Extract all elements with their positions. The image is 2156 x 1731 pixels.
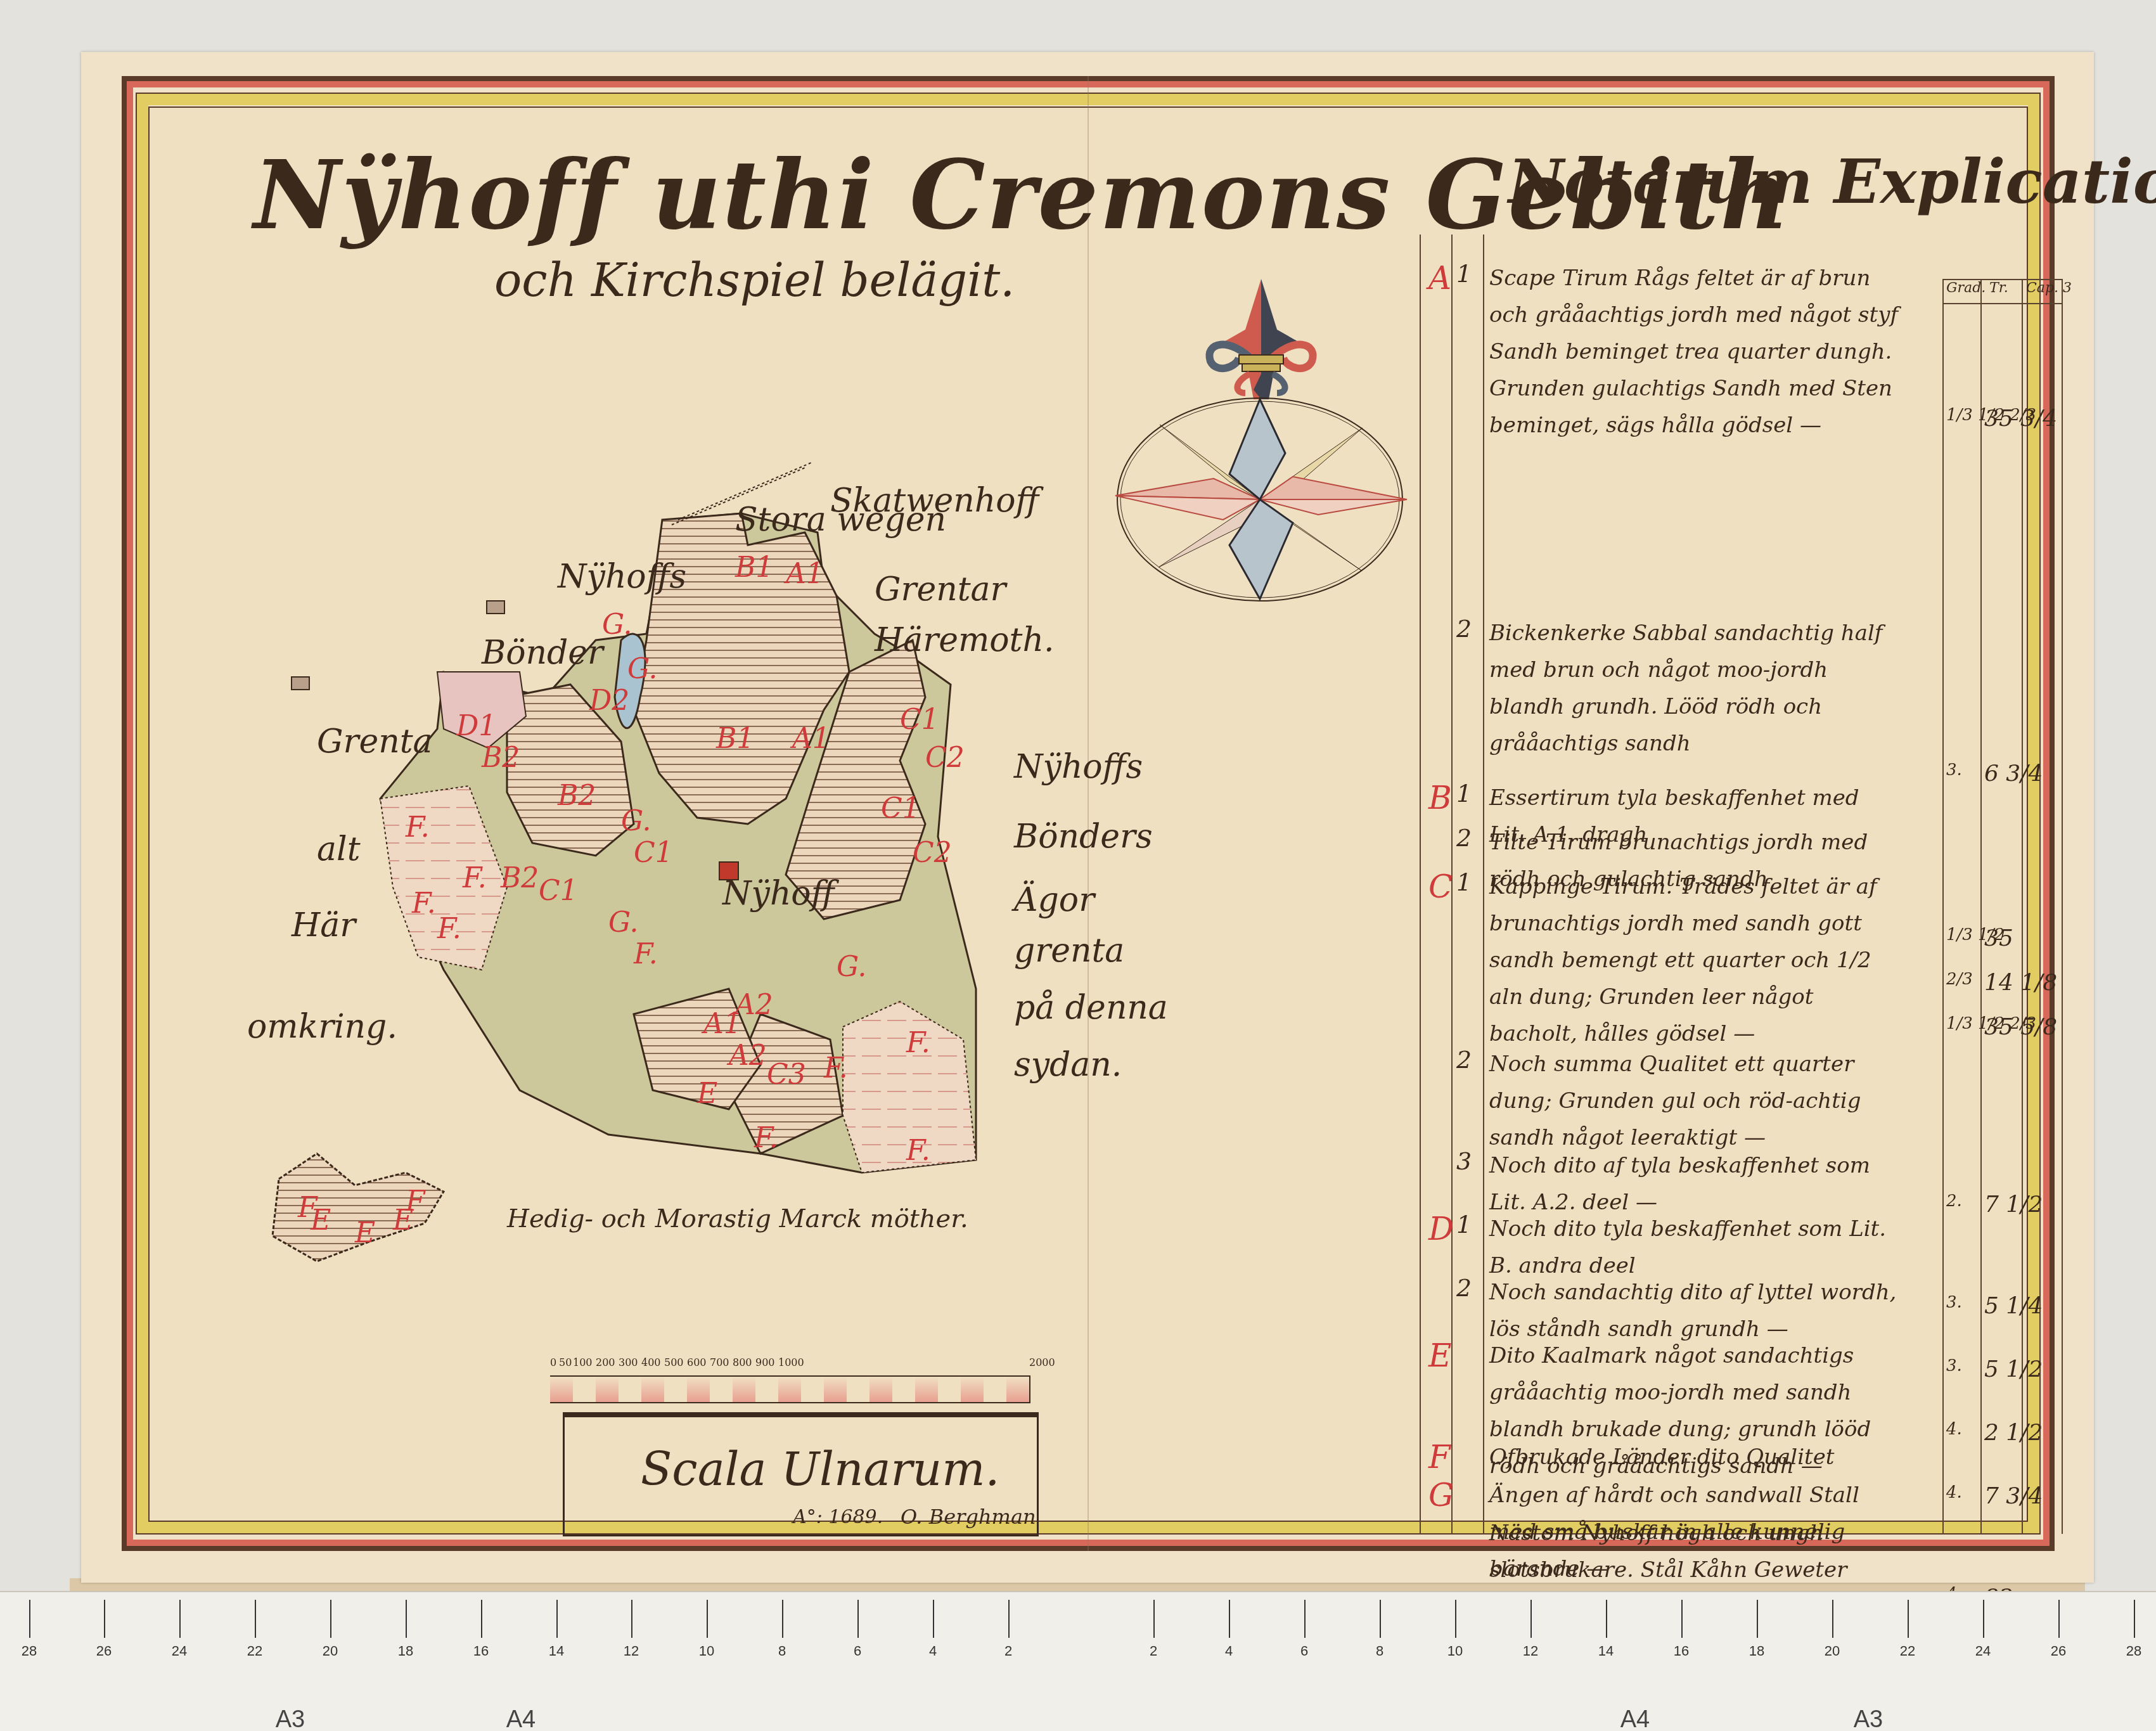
place-label: Nÿhoffs [558,558,686,596]
place-label: Häremoth. [875,621,1055,659]
place-label: omkring. [247,1008,397,1046]
legend-number: 2 [1456,824,1472,852]
parcel-letter: F. [754,1122,778,1154]
parcel-letter: B1 [735,551,773,584]
scale-segment [869,1375,894,1403]
area-column-rule [1942,279,1944,1534]
ruler-tick [330,1600,331,1638]
ruler-number: 14 [549,1643,564,1659]
legend-column-rule [1483,235,1484,1534]
area-tr: 35 [1984,925,2013,951]
scale-segment [847,1375,871,1403]
parcel-letter: D2 [589,685,629,717]
ruler-number: 20 [323,1643,338,1659]
ruler-tick [1008,1600,1010,1638]
scale-segment [1006,1375,1030,1403]
scale-segment [892,1375,916,1403]
ruler-tick [1530,1600,1532,1638]
legend-text: Noch sandachtig dito af lyttel wordh, lö… [1489,1274,1901,1348]
legend-letter: B [1428,780,1452,816]
area-tr: 35 3/4 [1984,406,2057,432]
scale-segment [619,1375,643,1403]
house-icon [292,677,309,690]
ruler-number: 2 [1004,1643,1012,1659]
header-cap: Cap. 3 [2026,280,2072,296]
parcel-letter: C2 [913,837,952,869]
scale-segment [733,1375,757,1403]
ruler-tick [1983,1600,1984,1638]
scale-cartouche: Scala Ulnarum. A°: 1689. O. Berghman [563,1412,1039,1536]
ruler-number: 2 [1150,1643,1157,1659]
ruler-tick [1757,1600,1758,1638]
ruler-number: 22 [1900,1643,1915,1659]
ruler-number: 24 [172,1643,187,1659]
area-grad: 4. [1946,1420,1962,1439]
legend-letter: E [1428,1337,1452,1374]
ruler-tick [1832,1600,1833,1638]
ruler-tick [782,1600,783,1638]
place-label: Nÿhoff [722,875,835,913]
ruler-number: 6 [854,1643,861,1659]
ruler-number: 26 [2051,1643,2066,1659]
scale-segment [961,1375,985,1403]
ruler-tick [556,1600,558,1638]
scale-label: Scala Ulnarum. [641,1443,999,1496]
area-grad: 3. [1946,1356,1962,1375]
ruler-tick [104,1600,105,1638]
parcel-letter: B1 [716,723,754,755]
ruler-number: 10 [699,1643,714,1659]
parcel-letter: C1 [634,837,673,869]
ruler-number: 24 [1975,1643,1991,1659]
area-header: Grad. Tr. Cap. 3 [1942,279,2063,304]
parcel-letter: F. [906,1027,930,1059]
ruler-number: 8 [1376,1643,1383,1659]
ruler-number: 6 [1300,1643,1308,1659]
parcel-letter: C1 [900,704,939,736]
ruler-number: 28 [22,1643,37,1659]
legend-number: 2 [1456,615,1472,643]
area-tr: 2 1/2 [1984,1420,2043,1446]
legend-column-rule [1420,235,1421,1534]
center-fold [1088,76,1089,1551]
parcel-letter: E [311,1204,331,1237]
area-tr: 5 1/4 [1984,1293,2043,1319]
parcel-letter: G. [602,608,632,641]
scale-tick-label: 2000 [1029,1356,1055,1368]
area-column-rule [1980,279,1982,1534]
scale-tick-label: 500 [664,1356,684,1368]
header-grad: Grad. [1946,280,1986,296]
ruler-tick [1606,1600,1607,1638]
area-grad: 2. [1946,1192,1962,1211]
place-label: Nÿhoffs [1014,748,1143,786]
ruler-tick [857,1600,859,1638]
legend-title: Notarum Explicatio. [1508,146,2156,217]
scale-tick-label: 400 [641,1356,661,1368]
ruler-tick [481,1600,482,1638]
scale-tick-label: 800 [733,1356,752,1368]
area-tr: 6 3/4 [1984,761,2043,787]
legend-letter: A [1428,260,1451,297]
ruler-number: 18 [398,1643,413,1659]
scale-segment [801,1375,825,1403]
parcel-letter: F. [406,811,430,844]
parcel-letter: F. [437,913,461,945]
parcel-letter: F. [824,1052,848,1084]
paper-size-mark: A4 [506,1706,536,1731]
scale-bar: 05010020030040050060070080090010002000 [550,1375,1035,1411]
legend-text: Scape Tirum Rågs feltet är af brun och g… [1489,260,1901,444]
parcel-letter: E [355,1217,375,1249]
map-author: O. Berghman [901,1505,1036,1529]
fleur-de-lis-icon [1209,279,1312,399]
parcel-letter: G. [608,906,639,939]
ruler-number: 20 [1825,1643,1840,1659]
ruler-number: 18 [1749,1643,1764,1659]
scale-segment [664,1375,688,1403]
area-tr: 14 1/8 [1984,970,2057,996]
legend-letter: F [1428,1439,1451,1476]
parcel-letter: F [406,1185,425,1218]
ruler-tick [1153,1600,1155,1638]
scale-segment [938,1375,962,1403]
legend-number: 1 [1456,1211,1472,1239]
legend-number: 3 [1456,1147,1472,1175]
ruler-number: 28 [2126,1643,2141,1659]
scale-tick-label: 600 [687,1356,707,1368]
scale-tick-label: 200 [596,1356,615,1368]
header-tr: Tr. [1989,280,2008,296]
legend-letter: C [1428,868,1453,905]
place-label: Bönders [1014,818,1153,856]
scale-tick-label: 1000 [778,1356,804,1368]
parcel-letter: G. [621,805,651,837]
place-label: Här [292,906,356,944]
legend-number: 2 [1456,1274,1472,1302]
area-tr: 7 3/4 [1984,1483,2043,1509]
parcel-letter: A1 [792,723,830,755]
ruler-number: 10 [1447,1643,1463,1659]
ruler-number: 4 [929,1643,937,1659]
area-grad: 3. [1946,1293,1962,1312]
compass-rose-icon [1103,273,1420,748]
scale-segment [573,1375,597,1403]
paper-size-mark: A3 [1854,1706,1883,1731]
legend-table: A1Scape Tirum Rågs feltet är af brun och… [1420,235,1939,1534]
parcel-letter: D1 [456,710,496,742]
ruler-tick [1304,1600,1306,1638]
place-label: Grenta [317,723,433,761]
map-subtitle: och Kirchspiel belägit. [494,254,1015,307]
place-label: Skatwenhoff [830,482,1039,520]
parcel-letter: C3 [767,1059,806,1091]
scale-tick-label: 50 [559,1356,572,1368]
legend-letter: G [1428,1477,1454,1514]
map-year: A°: 1689. [793,1506,883,1528]
scale-segment [824,1375,848,1403]
scale-tick-label: 300 [619,1356,638,1368]
parcel-letter: A1 [786,558,824,590]
area-tr: 35 5/8 [1984,1014,2057,1040]
parcel-letter: B2 [558,780,596,812]
scale-segment [550,1375,574,1403]
legend-text: Kappinge Tirum. Trädes feltet är af brun… [1489,868,1901,1052]
ruler-tick [29,1600,30,1638]
parcel-letter: F. [906,1135,930,1167]
scale-tick-label: 0 [550,1356,556,1368]
parcel-letter: F. [412,887,436,920]
parcel-letter: F. [634,938,658,970]
ruler-tick [255,1600,256,1638]
area-grad: 3. [1946,761,1962,780]
ruler-tick [707,1600,708,1638]
ruler-tick [933,1600,934,1638]
ruler-number: 26 [96,1643,112,1659]
parcel-letter: B2 [501,862,539,894]
scale-segment [710,1375,734,1403]
parcel-letter: A2 [729,1039,767,1072]
legend-number: 1 [1456,260,1472,288]
place-label: Grentar [875,570,1006,608]
ruler-tick [1229,1600,1230,1638]
ruler-tick [179,1600,181,1638]
ruler-number: 16 [1674,1643,1689,1659]
parcel-letter: C1 [881,792,920,825]
legend-number: 1 [1456,868,1472,896]
place-label: Ägor [1014,881,1094,919]
parcel-letter: A1 [703,1008,741,1040]
scale-tick-label: 700 [710,1356,729,1368]
legend-letter: D [1428,1211,1454,1247]
legend-number: 1 [1456,780,1472,808]
parcel-letter: C1 [539,875,578,907]
scale-segment [596,1375,620,1403]
place-label: grenta [1014,932,1124,970]
legend-text: Ofbrukade Länder dito Qualitet [1489,1439,1901,1476]
ruler-number: 14 [1598,1643,1614,1659]
place-label: Hedig- och Morastig Marck möther. [507,1204,968,1233]
parcel-letter: F. [463,862,487,894]
ruler-tick [1455,1600,1456,1638]
place-label: alt [317,830,361,868]
legend-text: Noch dito af tyla beskaffenhet som Lit. … [1489,1147,1901,1221]
scale-segment [984,1375,1008,1403]
ruler-tick [2058,1600,2060,1638]
legend-text: Noch dito tyla beskaffenhet som Lit. B. … [1489,1211,1901,1284]
scale-segment [915,1375,939,1403]
ruler-tick [1908,1600,1909,1638]
area-column-rule [2062,279,2063,1534]
area-grad: 2/3 [1946,970,1973,989]
ruler-number: 22 [247,1643,262,1659]
paper-size-mark: A4 [1620,1706,1650,1731]
ruler-tick [1380,1600,1381,1638]
parcel-letter: G. [837,951,867,983]
scale-tick-label: 100 [573,1356,593,1368]
area-grad: 4. [1946,1483,1962,1502]
area-tr: 7 1/2 [1984,1192,2043,1218]
ruler-tick [406,1600,407,1638]
ruler-number: 16 [473,1643,489,1659]
ruler-tick [2134,1600,2135,1638]
area-column-rule [2022,279,2023,1534]
ruler-number: 12 [1523,1643,1538,1659]
parcel-letter: B2 [482,742,520,774]
scale-segment [687,1375,711,1403]
ruler-tick [1681,1600,1683,1638]
paper-size-mark: A3 [276,1706,305,1731]
ruler-number: 8 [778,1643,786,1659]
ruler-number: 12 [624,1643,639,1659]
parcel-letter: C2 [925,742,965,774]
ruler-number: 4 [1225,1643,1233,1659]
place-label: på denna [1014,989,1168,1027]
ruler-tick [631,1600,632,1638]
scale-segment [778,1375,802,1403]
area-table: Grad. Tr. Cap. 3 1/3 1/2 2/335 3/43.6 3/… [1942,279,2063,1534]
area-tr: 5 1/2 [1984,1356,2043,1382]
scale-segment [641,1375,665,1403]
place-label: sydan. [1014,1046,1122,1084]
scale-tick-label: 900 [755,1356,775,1368]
place-label: Bönder [482,634,603,672]
house-icon [487,601,504,614]
legend-text: Noch summa Qualitet ett quarter dung; Gr… [1489,1046,1901,1156]
legend-number: 2 [1456,1046,1472,1074]
legend-text: Bickenkerke Sabbal sandachtig half med b… [1489,615,1901,762]
parcel-letter: E [697,1078,717,1110]
parcel-letter: G. [627,653,658,685]
scale-segment [755,1375,780,1403]
measuring-ruler: 2826242220181614121086422468101214161820… [0,1591,2156,1731]
